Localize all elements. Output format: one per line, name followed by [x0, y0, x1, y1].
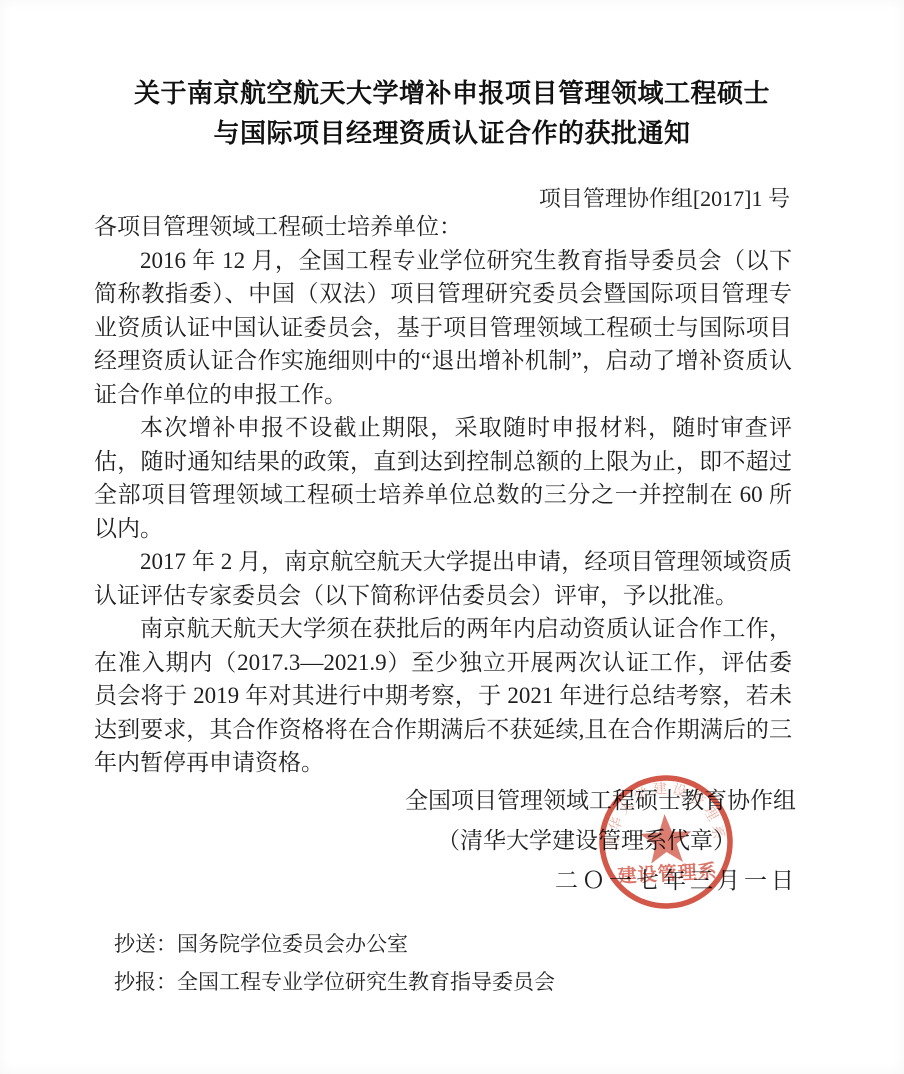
- document-title: 关于南京航空航天大学增补申报项目管理领域工程硕士 与国际项目经理资质认证合作的获…: [0, 74, 904, 154]
- title-line-2: 与国际项目经理资质认证合作的获批通知: [0, 114, 904, 154]
- cc-block: 抄送：国务院学位委员会办公室 抄报：全国工程专业学位研究生教育指导委员会: [114, 925, 555, 1001]
- signature-organization: 全国项目管理领域工程硕士教育协作组: [0, 781, 904, 821]
- title-line-1: 关于南京航空航天大学增补申报项目管理领域工程硕士: [0, 74, 904, 114]
- signature-block: 全国项目管理领域工程硕士教育协作组 （清华大学建设管理系代章） 二Ｏ一七年三月一…: [0, 781, 904, 901]
- document-body: 各项目管理领域工程硕士培养单位： 2016 年 12 月，全国工程专业学位研究生…: [94, 210, 792, 780]
- document-number: 项目管理协作组[2017]1 号: [539, 182, 790, 213]
- signature-date: 二Ｏ一七年三月一日: [0, 861, 904, 901]
- document-page: 关于南京航空航天大学增补申报项目管理领域工程硕士 与国际项目经理资质认证合作的获…: [0, 0, 904, 1074]
- body-paragraph: 本次增补申报不设截止期限，采取随时申报材料，随时审查评估，随时通知结果的政策，直…: [94, 411, 792, 545]
- body-paragraph: 南京航天航天大学须在获批后的两年内启动资质认证合作工作，在准入期内（2017.3…: [94, 612, 792, 780]
- salutation-line: 各项目管理领域工程硕士培养单位：: [94, 210, 792, 244]
- body-paragraph: 2017 年 2 月，南京航空航天大学提出申请，经项目管理领域资质认证评估专家委…: [94, 545, 792, 612]
- body-paragraph: 2016 年 12 月，全国工程专业学位研究生教育指导委员会（以下简称教指委）、…: [94, 244, 792, 412]
- cc-line: 抄报：全国工程专业学位研究生教育指导委员会: [114, 963, 555, 1001]
- signature-agent: （清华大学建设管理系代章）: [0, 821, 904, 861]
- cc-line: 抄送：国务院学位委员会办公室: [114, 925, 555, 963]
